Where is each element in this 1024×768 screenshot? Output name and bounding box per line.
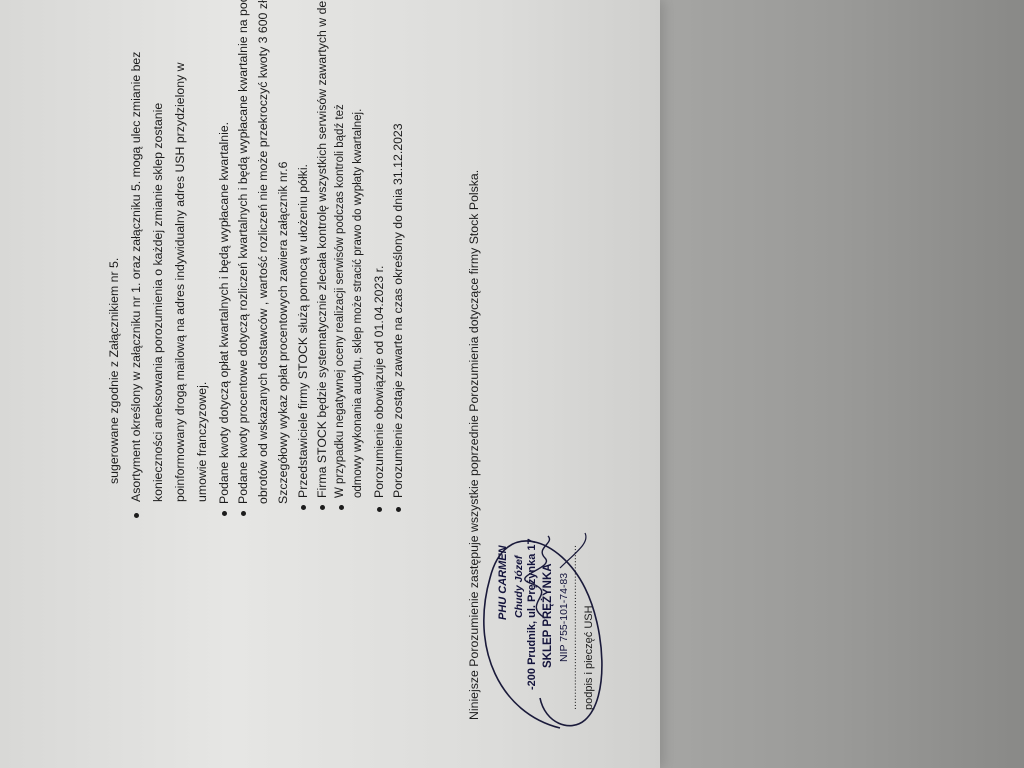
doc-line: Podane kwoty dotyczą opłat kwartalnych i… bbox=[218, 122, 230, 504]
doc-line: Przedstawiciele firmy STOCK służą pomocą… bbox=[297, 164, 309, 498]
signature-label: podpis i pieczęć USH bbox=[584, 605, 595, 710]
bullet-icon bbox=[377, 507, 382, 512]
bullet-icon bbox=[396, 507, 401, 512]
doc-line: odmowy wykonania audytu, sklep może stra… bbox=[353, 109, 365, 498]
background-surface bbox=[650, 0, 1024, 768]
doc-line: konieczności aneksowania porozumienia o … bbox=[152, 103, 164, 502]
doc-line: Szczegółowy wykaz opłat procentowych zaw… bbox=[277, 162, 289, 504]
stamp-owner: Chudy Józef bbox=[514, 556, 525, 618]
doc-line: Porozumienie zostaje zawarte na czas okr… bbox=[392, 123, 404, 498]
bullet-icon bbox=[241, 511, 246, 516]
doc-line: Asortyment określony w załączniku nr 1. … bbox=[130, 52, 142, 502]
doc-line: Firma STOCK będzie systematycznie zlecał… bbox=[316, 0, 328, 498]
bullet-icon bbox=[222, 511, 227, 516]
bullet-icon bbox=[134, 513, 139, 518]
bullet-icon bbox=[301, 505, 306, 510]
bullet-icon bbox=[339, 505, 344, 510]
doc-line: Podane kwoty procentowe dotyczą rozlicze… bbox=[237, 0, 249, 504]
bullet-icon bbox=[320, 505, 325, 510]
document-page: sugerowane zgodnie z Załącznikiem nr 5. … bbox=[0, 0, 660, 768]
stamp-address: -200 Prudnik, ul. Prężynka 17 bbox=[527, 538, 538, 690]
doc-line: umowie franczyzowej. bbox=[196, 382, 208, 502]
doc-line: sugerowane zgodnie z Załącznikiem nr 5. bbox=[108, 258, 120, 484]
doc-line: W przypadku negatywnej oceny realizacji … bbox=[335, 104, 347, 498]
rotated-document-content: sugerowane zgodnie z Załącznikiem nr 5. … bbox=[0, 0, 660, 768]
stamp-shop-name: SKLEP PRĘŻYNKA bbox=[543, 563, 555, 668]
photo-scene: sugerowane zgodnie z Załącznikiem nr 5. … bbox=[0, 0, 1024, 768]
signature-dots: ........................................… bbox=[568, 545, 579, 710]
stamp-company: PHU CARMEN bbox=[498, 545, 509, 620]
doc-line: Porozumienie obowiązuje od 01.04.2023 r. bbox=[373, 266, 385, 498]
closing-statement: Niniejsze Porozumienie zastępuje wszystk… bbox=[468, 170, 480, 720]
doc-line: poinformowany drogą mailową na adres ind… bbox=[174, 63, 186, 503]
doc-line: obrotów od wskazanych dostawców , wartoś… bbox=[257, 0, 269, 504]
